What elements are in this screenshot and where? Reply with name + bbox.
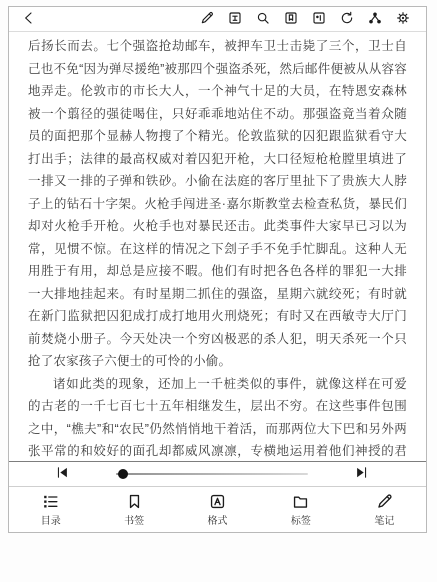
tab-toc[interactable]: 目录 xyxy=(9,487,92,532)
paragraph: 诸如此类的现象，还加上一千桩类似的事件，就像这样在可爱的古老的一千七百七十五年相… xyxy=(28,373,407,462)
toc-list-icon xyxy=(41,492,60,514)
skip-previous-icon xyxy=(55,465,70,483)
reader-window: 后扬长而去。七个强盗抢劫邮车，被押车卫士击毙了三个，卫士自己也不免“因为弹尽援绝… xyxy=(8,6,427,533)
skip-next-icon xyxy=(354,465,369,483)
progress-slider[interactable] xyxy=(116,473,308,475)
tab-notes[interactable]: 笔记 xyxy=(343,487,426,532)
back-button[interactable] xyxy=(18,8,40,30)
bottom-tabbar: 目录 书签 格式 标签 笔记 xyxy=(9,486,426,532)
tab-label: 笔记 xyxy=(374,516,394,527)
next-page-button[interactable] xyxy=(352,466,370,482)
tab-label: 格式 xyxy=(208,516,228,527)
dictionary-button[interactable] xyxy=(221,8,249,30)
pencil-icon xyxy=(199,10,215,29)
share-graph-icon xyxy=(367,10,383,29)
chevron-left-icon xyxy=(21,10,37,29)
tab-label: 目录 xyxy=(41,516,61,527)
settings-button[interactable] xyxy=(389,8,417,30)
bookmark-button[interactable] xyxy=(277,8,305,30)
paragraph: 后扬长而去。七个强盗抢劫邮车，被押车卫士击毙了三个，卫士自己也不免“因为弹尽援绝… xyxy=(28,35,407,373)
search-button[interactable] xyxy=(249,8,277,30)
book-icon xyxy=(311,10,327,29)
edit-button[interactable] xyxy=(193,8,221,30)
reading-area: 后扬长而去。七个强盗抢劫邮车，被押车卫士击毙了三个，卫士自己也不免“因为弹尽援绝… xyxy=(9,32,426,461)
search-icon xyxy=(255,10,271,29)
tab-bookmark[interactable]: 书签 xyxy=(92,487,175,532)
reader-mode-button[interactable] xyxy=(305,8,333,30)
tab-format[interactable]: 格式 xyxy=(176,487,259,532)
tab-label: 标签 xyxy=(291,516,311,527)
sync-button[interactable] xyxy=(333,8,361,30)
tab-tags[interactable]: 标签 xyxy=(259,487,342,532)
bookmark-ribbon-icon xyxy=(125,492,144,514)
folder-icon xyxy=(291,492,310,514)
top-toolbar xyxy=(9,7,426,32)
gear-icon xyxy=(395,10,411,29)
format-icon xyxy=(208,492,227,514)
dictionary-icon xyxy=(227,10,243,29)
refresh-icon xyxy=(339,10,355,29)
tab-label: 书签 xyxy=(124,516,144,527)
note-pencil-icon xyxy=(375,492,394,514)
bookmark-icon xyxy=(283,10,299,29)
previous-page-button[interactable] xyxy=(53,466,71,482)
share-button[interactable] xyxy=(361,8,389,30)
page-slider-bar xyxy=(9,461,426,486)
progress-thumb[interactable] xyxy=(118,469,128,479)
